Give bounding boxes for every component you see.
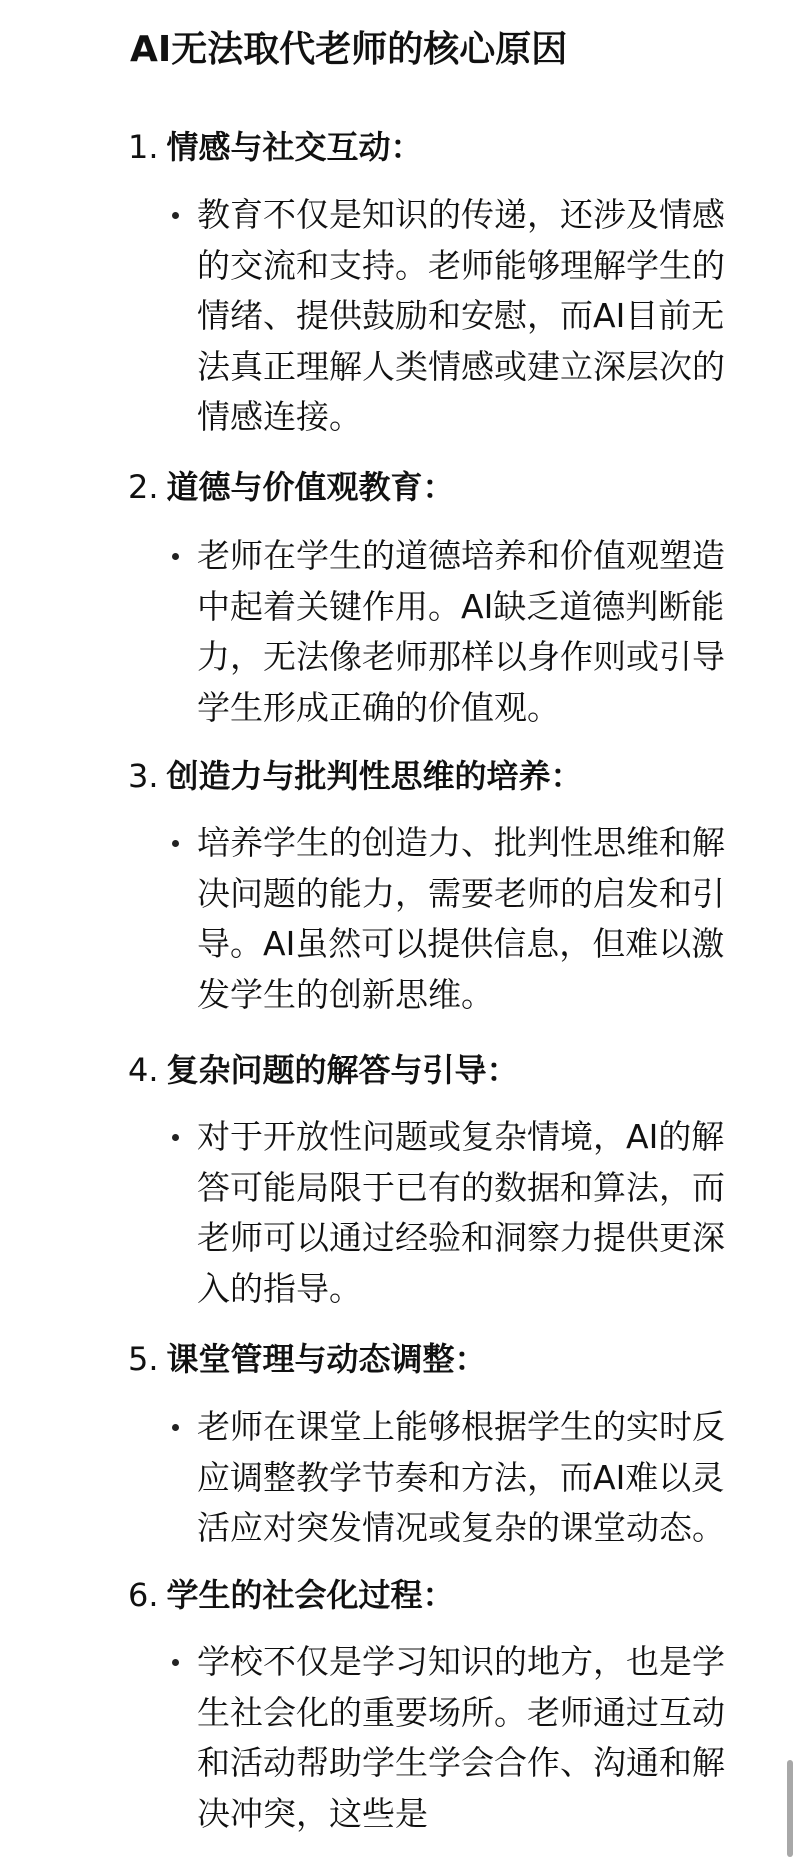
text-line: 入的指导。 [197, 1264, 725, 1315]
text-line: 中起着关键作用。AI缺乏道德判断能 [197, 582, 725, 633]
text-line: 决冲突，这些是 [197, 1789, 725, 1840]
section-number: 1. [128, 122, 159, 172]
text-line: 法真正理解人类情感或建立深层次的 [197, 342, 725, 393]
section-heading-5: 5.课堂管理与动态调整： [128, 1334, 487, 1384]
bullet-text: 对于开放性问题或复杂情境，AI的解 答可能局限于已有的数据和算法，而 老师可以通… [197, 1112, 725, 1314]
text-line: 和活动帮助学生学会合作、沟通和解 [197, 1738, 725, 1789]
bullet-dot-icon [172, 1134, 179, 1141]
text-line: 培养学生的创造力、批判性思维和解 [197, 818, 725, 869]
section-number: 3. [128, 751, 159, 801]
text-line: 情绪、提供鼓励和安慰，而AI目前无 [197, 291, 725, 342]
bullet-dot-icon [172, 553, 179, 560]
text-line: 导。AI虽然可以提供信息，但难以激 [197, 919, 725, 970]
text-line: 活应对突发情况或复杂的课堂动态。 [197, 1503, 725, 1554]
section-heading-2: 2.道德与价值观教育： [128, 462, 455, 512]
text-line: 教育不仅是知识的传递，还涉及情感 [197, 190, 725, 241]
text-line: 老师在学生的道德培养和价值观塑造 [197, 531, 725, 582]
text-line: 发学生的创新思维。 [197, 970, 725, 1021]
bullet-dot-icon [172, 1424, 179, 1431]
section-heading-text: 情感与社交互动： [167, 128, 423, 166]
bullet-text: 老师在学生的道德培养和价值观塑造 中起着关键作用。AI缺乏道德判断能 力，无法像… [197, 531, 725, 733]
section-heading-text: 创造力与批判性思维的培养： [167, 757, 583, 795]
section-heading-4: 4.复杂问题的解答与引导： [128, 1045, 519, 1095]
section-heading-6: 6.学生的社会化过程： [128, 1570, 455, 1620]
bullet-text: 培养学生的创造力、批判性思维和解 决问题的能力，需要老师的启发和引 导。AI虽然… [197, 818, 725, 1020]
text-line: 答可能局限于已有的数据和算法，而 [197, 1163, 725, 1214]
bullet-dot-icon [172, 212, 179, 219]
text-line: 决问题的能力，需要老师的启发和引 [197, 869, 725, 920]
text-line: 的交流和支持。老师能够理解学生的 [197, 241, 725, 292]
section-number: 5. [128, 1334, 159, 1384]
bullet-dot-icon [172, 840, 179, 847]
section-heading-text: 道德与价值观教育： [167, 468, 455, 506]
section-heading-1: 1.情感与社交互动： [128, 122, 423, 172]
text-line: 学生形成正确的价值观。 [197, 683, 725, 734]
bullet-dot-icon [172, 1659, 179, 1666]
section-heading-text: 课堂管理与动态调整： [167, 1340, 487, 1378]
section-heading-text: 学生的社会化过程： [167, 1576, 455, 1614]
section-number: 4. [128, 1045, 159, 1095]
bullet-text: 老师在课堂上能够根据学生的实时反 应调整教学节奏和方法，而AI难以灵 活应对突发… [197, 1402, 725, 1554]
text-line: 学校不仅是学习知识的地方，也是学 [197, 1637, 725, 1688]
text-line: 情感连接。 [197, 392, 725, 443]
vertical-scrollbar[interactable] [787, 1760, 793, 1857]
text-line: 对于开放性问题或复杂情境，AI的解 [197, 1112, 725, 1163]
text-line: 生社会化的重要场所。老师通过互动 [197, 1688, 725, 1739]
bullet-text: 学校不仅是学习知识的地方，也是学 生社会化的重要场所。老师通过互动 和活动帮助学… [197, 1637, 725, 1839]
text-line: 老师可以通过经验和洞察力提供更深 [197, 1213, 725, 1264]
text-line: 老师在课堂上能够根据学生的实时反 [197, 1402, 725, 1453]
section-number: 2. [128, 462, 159, 512]
page-title: AI无法取代老师的核心原因 [130, 25, 567, 75]
section-number: 6. [128, 1570, 159, 1620]
text-line: 应调整教学节奏和方法，而AI难以灵 [197, 1453, 725, 1504]
text-line: 力，无法像老师那样以身作则或引导 [197, 632, 725, 683]
bullet-text: 教育不仅是知识的传递，还涉及情感 的交流和支持。老师能够理解学生的 情绪、提供鼓… [197, 190, 725, 443]
section-heading-3: 3.创造力与批判性思维的培养： [128, 751, 583, 801]
section-heading-text: 复杂问题的解答与引导： [167, 1051, 519, 1089]
